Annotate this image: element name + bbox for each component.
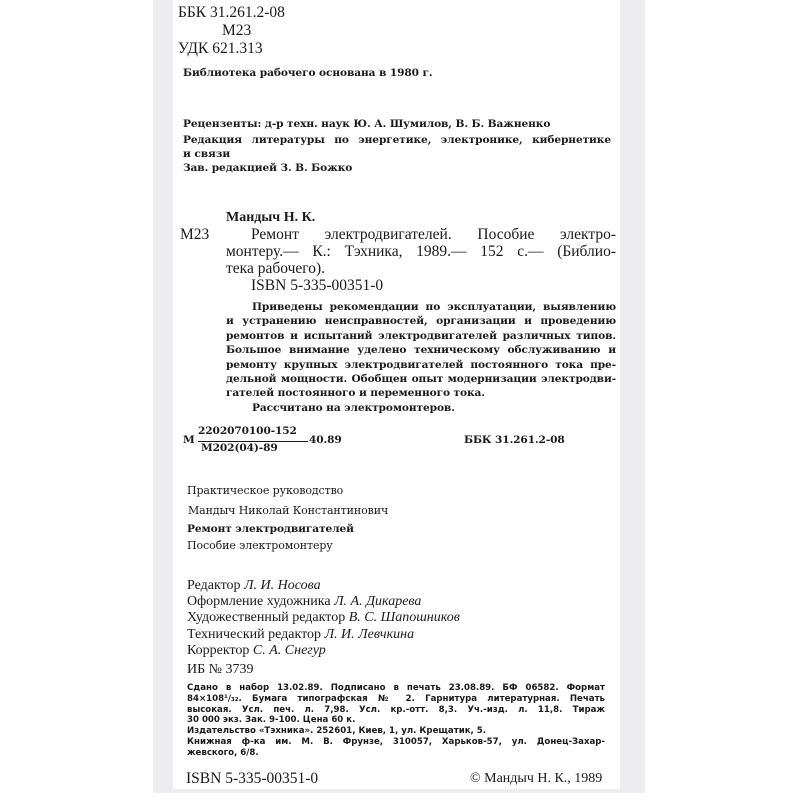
credits: Редактор Л. И. Носова Оформление художни… <box>187 578 460 659</box>
abstract-line: и устранению неисправностей, организации… <box>226 314 616 328</box>
editorial-office-cont: и связи <box>183 148 230 160</box>
abstract-line: Приведены рекомендации по эксплуатации, … <box>226 300 616 314</box>
imprint-line: высокая. Усл. печ. л. 7,98. Усл. кр.-отт… <box>187 705 605 716</box>
record-line-1: Ремонт электродвигателей. Пособие электр… <box>251 226 616 244</box>
credit-role: Редактор <box>187 578 241 593</box>
bbk-code: ББК 31.261.2-08 <box>178 4 285 22</box>
index-code: М 2202070100-152 М202(04)-89 40.89 <box>183 425 383 461</box>
record-mark: М23 <box>180 226 209 244</box>
credit-role: Художественный редактор <box>187 610 345 625</box>
footer-copyright: © Мандыч Н. К., 1989 <box>470 771 602 787</box>
imprint-line: Издательство «Тэхника». 252601, Киев, 1,… <box>187 726 605 737</box>
record-line-3: тека рабочего). <box>226 260 325 278</box>
index-denominator: М202(04)-89 <box>201 442 278 454</box>
credit-person: Л. И. Левчкина <box>325 627 415 642</box>
abstract-line: ремонту крупных электродвигателей постоя… <box>226 358 616 372</box>
abstract-line: Большое внимание уделено техническому об… <box>226 343 616 357</box>
credit-designer: Оформление художника Л. А. Дикарева <box>187 594 460 610</box>
reviewers: Рецензенты: д-р техн. наук Ю. А. Шумилов… <box>183 118 550 130</box>
book-subtitle: Пособие электромонтеру <box>187 539 333 552</box>
credit-proofreader: Корректор С. А. Снегур <box>187 643 460 659</box>
credit-person: Л. И. Носова <box>244 578 321 593</box>
udk-code: УДК 621.313 <box>178 40 263 58</box>
record-line-2: монтеру.— К.: Тэхника, 1989.— 152 с.— (Б… <box>226 243 616 261</box>
imprint-line: жевского, 6/8. <box>187 748 605 759</box>
imprint-line: Книжная ф-ка им. М. В. Фрунзе, 310057, Х… <box>187 737 605 748</box>
credit-person: Л. А. Дикарева <box>334 594 421 609</box>
author-mark: М23 <box>222 22 251 40</box>
imprint-line: 84×108¹/₃₂. Бумага типографская № 2. Гар… <box>187 694 605 705</box>
abstract-line: гателей постоянного и переменного тока. <box>226 386 616 400</box>
imprint: Сдано в набор 13.02.89. Подписано в печа… <box>187 683 605 759</box>
index-suffix: 40.89 <box>309 434 342 446</box>
credit-person: С. А. Снегур <box>253 643 326 658</box>
ib-number: ИБ № 3739 <box>187 662 254 678</box>
editorial-office: Редакция литературы по энергетике, элект… <box>183 134 611 146</box>
book-title: Ремонт электродвигателей <box>187 523 354 535</box>
footer-isbn: ISBN 5-335-00351-0 <box>186 770 318 788</box>
credit-art-editor: Художественный редактор В. С. Шапошников <box>187 610 460 626</box>
index-prefix: М <box>183 434 195 446</box>
record-author: Мандыч Н. К. <box>226 210 315 226</box>
credit-editor: Редактор Л. И. Носова <box>187 578 460 594</box>
credit-role: Технический редактор <box>187 627 321 642</box>
abstract-audience: Рассчитано на электромонтеров. <box>226 401 616 415</box>
credit-role: Корректор <box>187 643 249 658</box>
abstract-line: дельной мощности. Обобщен опыт модерниза… <box>226 372 616 386</box>
abstract: Приведены рекомендации по эксплуатации, … <box>226 300 616 415</box>
credit-role: Оформление художника <box>187 594 331 609</box>
abstract-line: ремонтов и испытаний электродвигателей р… <box>226 329 616 343</box>
full-author: Мандыч Николай Константинович <box>188 504 388 517</box>
genre: Практическое руководство <box>187 484 343 497</box>
record-isbn: ISBN 5-335-00351-0 <box>251 277 383 295</box>
index-bbk: ББК 31.261.2-08 <box>464 434 565 446</box>
credit-tech-editor: Технический редактор Л. И. Левчкина <box>187 627 460 643</box>
imprint-line: 30 000 экз. Зак. 9-100. Цена 60 к. <box>187 715 605 726</box>
editorial-head: Зав. редакцией З. В. Божко <box>183 162 352 174</box>
library-note: Библиотека рабочего основана в 1980 г. <box>183 67 433 79</box>
imprint-line: Сдано в набор 13.02.89. Подписано в печа… <box>187 683 605 694</box>
credit-person: В. С. Шапошников <box>349 610 460 625</box>
index-numerator: 2202070100-152 <box>198 425 297 437</box>
